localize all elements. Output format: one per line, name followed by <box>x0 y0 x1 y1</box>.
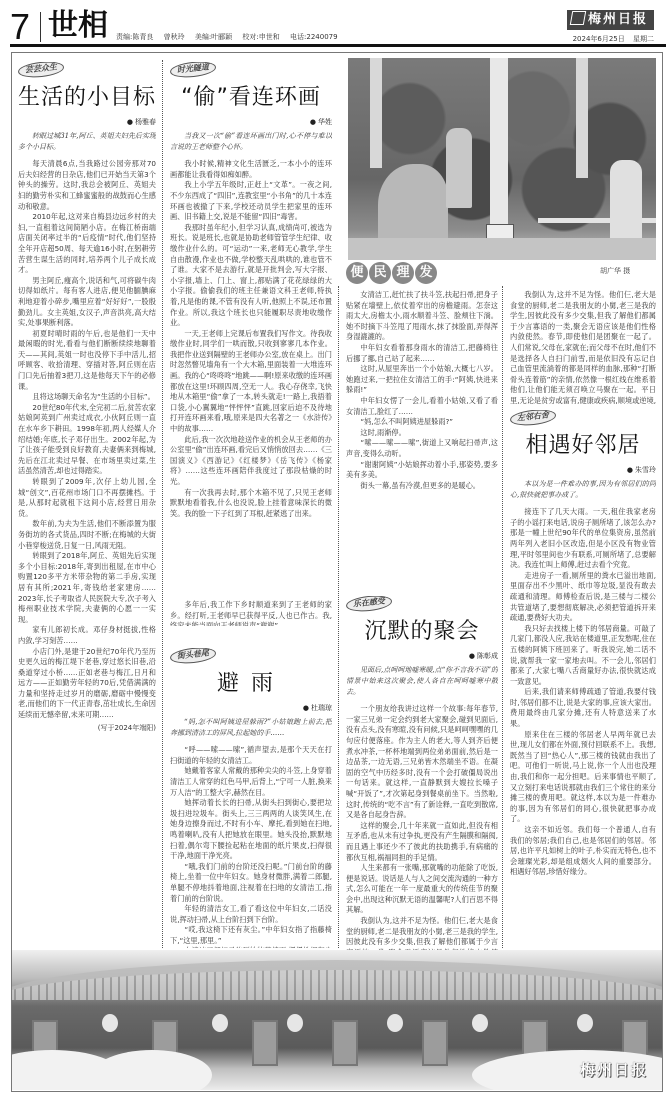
article-small-goals: 芸芸众生 生活的小目标 杨雅春 转眼过城31年,阿丘、英姐夫妇先后实现多个小目标… <box>18 62 156 950</box>
column-tag: 街头巷尾 <box>170 648 217 665</box>
paragraph: “谢谢阿姨”小姑娘挥动着小手,那姿势,要多美有多美。 <box>346 460 498 481</box>
paragraph: 这时,从屋里奔出一个小姑娘,大概七八岁。她跑过来,一把拉住女清洁工的手:“阿姨,… <box>346 364 498 396</box>
column-tag: 时光隧道 <box>170 62 217 79</box>
paragraph: 且将这场聊天命名为“生活的小目标”。 <box>18 392 156 403</box>
photo-street-barber <box>348 58 656 260</box>
paper-name: 梅州日报 <box>588 12 648 27</box>
article-byline: 华姓 <box>170 117 332 128</box>
credit-proofreader: 校对:申世和 <box>242 33 279 41</box>
paragraph: 街头一幕,虽有冷漠,但更多的是暖心。 <box>346 481 498 492</box>
article-headline: “偷”看连环画 <box>170 83 332 113</box>
paragraph: 女清洁工,赶忙扶了扶斗笠,扶起扫帚,把身子贴紧在墙壁上,依仗着窄出的房檐避雨。怎… <box>346 290 498 343</box>
column-tag: 乐在感受 <box>346 596 393 613</box>
article-headline: 沉默的聚会 <box>346 617 498 647</box>
paragraph: “哎,我这椅下还有灰尘。”中年妇女指了指藤椅下,“这里,那里。” <box>170 925 332 946</box>
paragraph: 年轻的清洁女工,看了看这位中年妇女,二话没说,挥动扫帚,从上台阶扫到下台阶。 <box>170 904 332 925</box>
issue-date: 2024年6月25日 <box>573 35 625 43</box>
lantern-icon <box>102 1014 118 1032</box>
paragraph: 接连下了几天大雨。一天,租住我家老房子的小谣打来电话,说房子厕所堵了,该怎么办?… <box>510 507 656 571</box>
lantern-icon <box>577 1014 593 1032</box>
paragraph: 2010年起,这对来自梅县边远乡村的夫妇,一直租着这间简陋小店。在梅江桥南端店面… <box>18 212 156 276</box>
photo-tree-trunk <box>576 58 588 178</box>
photo-column-tag: 便民理发 <box>346 262 437 284</box>
logo-book-icon <box>570 11 586 25</box>
paragraph: 我倒认为,这并不足为怪。他们仨,老大是食堂的厨师,老二是我朋友的小舅,老三是我的… <box>346 916 498 950</box>
paragraph: 小店门外,是建于20世纪70年代乃至历史更久远的梅江堤下老巷,穿过悠长旧巷,沿桑… <box>18 647 156 721</box>
paragraph: 女清洁工把扫帚伸到她的藤椅下,慢慢地把灰尘一点一点地扫出来。 <box>170 946 332 948</box>
paragraph: 家有儿郎初长成。邓仔身材挺拔,性格内敛,学习刻苦…… <box>18 625 156 646</box>
article-good-neighbors: 左邻右舍 相遇好邻居 朱雪玲 本以为是一件难办的事,因为有邻居们的同心,很快就把… <box>510 410 656 950</box>
paragraph: 我倒认为,这并不足为怪。他们仨,老大是食堂的厨师,老二是我朋友的小舅,老三是我的… <box>510 290 656 406</box>
paragraph: “呼——嗦——嗦”,循声望去,是那个天天在打扫街道的年轻的女清洁工。 <box>170 745 332 766</box>
paragraph: 后来,我们请来师傅疏通了管道,我要付钱时,邻居们都不让,说是大家的事,应该大家出… <box>510 687 656 729</box>
paragraph: 她挥动着长长的扫帚,从街头扫到街心,要把垃圾扫进垃圾车。街头上,三三两两的人谈笑… <box>170 798 332 862</box>
dateline: 2024年6月25日 星期二 <box>567 34 654 44</box>
credit-editor: 责编:陈青良 <box>116 33 153 41</box>
article-lead: 当我又一次“偷”看连环画出门时,心不停与难以言说的王老师整个心怀。 <box>170 131 332 153</box>
article-lead: 见面后,点呵呵地嘘寒暖,点“你不言我不语”的情景中始来这次聚会,使人各自在呵呵嘘… <box>346 665 498 698</box>
column-tag: 左邻右舍 <box>510 410 557 427</box>
paragraph: 原来住在三楼的邻居老人早两年就已去世,现儿女们都在外面,预付回联系不上。我想,既… <box>510 730 656 825</box>
issue-weekday: 星期二 <box>633 35 654 43</box>
paragraph: 多年后,我工作下乡时顺道来到了王老师的家乡。经打听,王老师早已获得平反,人也已作… <box>170 600 332 626</box>
page-divider <box>40 12 41 42</box>
lantern-icon <box>212 1014 228 1032</box>
paragraph: 我那时虽年纪小,但学习认真,成绩尚可,被选为班长。说是班长,也就是协助老师管管学… <box>170 223 332 329</box>
photo-tag-char: 理 <box>392 262 414 284</box>
lantern-icon <box>472 1014 488 1032</box>
photo-customer <box>378 164 448 246</box>
article-byline: 朱雪玲 <box>510 465 656 476</box>
article-lead: 转眼过城31年,阿丘、英姐夫妇先后实现多个小目标。 <box>18 131 156 153</box>
masthead-rule <box>10 44 666 47</box>
paragraph: 20世纪80年代末,全完初二后,贫苦农家姑娘阿英到广州卖过成衣,小伙阿丘则一直在… <box>18 403 156 477</box>
article-signoff: (写于2024年端阳) <box>18 723 156 734</box>
credit-editor-2: 曾秋玲 <box>164 33 185 41</box>
footer-cloud <box>92 1050 212 1090</box>
paragraph: 此后,我一次次地趁送作业的机会从王老师的办公室里“偷”出连环画,看完后又悄悄放回… <box>170 435 332 488</box>
paragraph: 转眼到了2009年,次仔上幼儿园,全城“创文”,百花州市场门口不再摆摊档。于是,… <box>18 477 156 519</box>
section-title: 世相 <box>48 8 108 44</box>
article-byline: 杜瑞琼 <box>170 703 332 714</box>
lantern-icon <box>287 1014 303 1032</box>
footer-door <box>252 1020 278 1066</box>
paragraph: 这时,雨渐停。 <box>346 428 498 439</box>
paragraph: 她戴着客家人常戴的那种尖尖的斗笠,上身穿着清洁工人常穿的红色马甲,后背上,“宁可… <box>170 766 332 798</box>
page-number: 7 <box>10 10 30 44</box>
footer-paper-logo: 梅州日报 <box>580 1059 648 1080</box>
article-byline: 杨雅春 <box>18 117 156 128</box>
paragraph: 有一次我再去时,那个木箱不见了,只见王老师默默地看着我,什么也没说,脸上挂着意味… <box>170 488 332 520</box>
photo-tag-char: 民 <box>369 262 391 284</box>
masthead: 7 世相 责编:陈青良 曾秋玲 美编:叶郦颖 校对:申世和 电话:2240079… <box>10 8 662 46</box>
article-shelter-rain: 街头巷尾 避雨 杜瑞琼 “妈,怎不叫阿姨进屋躲雨?”小姑娘跑上前去,把奔挪到清洁… <box>170 648 332 948</box>
article-headline: 相遇好邻居 <box>510 431 656 461</box>
column-separator <box>502 286 503 948</box>
column-separator <box>162 60 163 948</box>
footer-door <box>332 1020 358 1066</box>
photo-tree-trunk <box>370 58 382 168</box>
editorial-credits: 责编:陈青良 曾秋玲 美编:叶郦颖 校对:申世和 电话:2240079 <box>116 32 346 42</box>
photo-ground <box>348 238 656 260</box>
photo-tag-char: 发 <box>415 262 437 284</box>
article-comic-books: 时光隧道 “偷”看连环画 华姓 当我又一次“偷”看连环画出门时,心不停与难以言说… <box>170 62 332 622</box>
photo-credit: 胡广华 摄 <box>600 266 630 276</box>
footer-decorative-art: 梅州日报 <box>12 950 662 1090</box>
photo-pillar <box>490 58 508 228</box>
paragraph: 这样的聚会,几十年来就一直如此,但没有相互矛盾,也从未有过争执,更没有产生隔膜和… <box>346 821 498 863</box>
paragraph: 数年前,为夫为生活,他们不断添置为服务街坊的各式货品,四时不断;在梅城的大街小巷… <box>18 519 156 551</box>
article-headline: 避雨 <box>170 669 332 699</box>
paragraph: 我只好去找楼上楼下的邻居商量。可敲了几家门,都没人应,我站在楼道里,正发愁呢,住… <box>510 624 656 688</box>
paragraph: 这亲不如近邻。我们每一个普通人,自有我们的邻居;我们自己,也是邻居们的邻居。邻居… <box>510 825 656 878</box>
column-tag: 芸芸众生 <box>18 62 65 79</box>
lantern-icon <box>387 1014 403 1032</box>
paragraph: 每天清晨6点,当我路过公园旁那对70后夫妇经营的日杂店,他们已开始当天第3个钟头… <box>18 159 156 212</box>
shelter-rain-continued: 女清洁工,赶忙扶了扶斗笠,扶起扫帚,把身子贴紧在墙壁上,依仗着窄出的房檐避雨。怎… <box>346 290 498 560</box>
photo-barber <box>446 128 472 208</box>
paragraph: 一天,王老师上完课后布置我们写作文。待我收缴作业时,同学们一哄而散,只收到寥寥几… <box>170 329 332 435</box>
paragraph: “妈,怎么不叫阿姨进屋躲雨?” <box>346 417 498 428</box>
article-headline: 生活的小目标 <box>18 83 156 113</box>
article-lead: 本以为是一件难办的事,因为有邻居们的同心,很快就把事办成了。 <box>510 479 656 501</box>
photo-tag-char: 便 <box>346 262 368 284</box>
credit-designer: 美编:叶郦颖 <box>195 33 232 41</box>
paragraph: 中年妇女看着那身雨水的清洁工,把藤椅往后挪了挪,自己站了起来…… <box>346 343 498 364</box>
column-separator <box>338 286 339 948</box>
paragraph: “嗦——嗦——嗦”,街道上又响起扫帚声,这声音,变得么动听。 <box>346 438 498 459</box>
comic-books-ending: 多年后,我工作下乡时顺道来到了王老师的家乡。经打听,王老师早已获得平反,人也已作… <box>170 600 332 626</box>
silent-gathering-continued: 我倒认为,这并不足为怪。他们仨,老大是食堂的厨师,老二是我朋友的小舅,老三是我的… <box>510 290 656 406</box>
footer-door <box>422 1020 448 1066</box>
paragraph: 人生来都有一张嘴,那就嘴的功能除了吃饭,便是说话。说话是人与人之间交流沟通的一种… <box>346 863 498 916</box>
article-byline: 陈彰成 <box>346 651 498 662</box>
paragraph: 一个朋友给我讲过这样一个故事:每年春节,一家三兄弟一定会约到老大家聚会,碰到见面… <box>346 704 498 821</box>
paragraph: 我小时候,精神文化生活匮乏,一本小小的连环画都能让我看得如痴如醉。 <box>170 159 332 180</box>
paragraph: 走进房子一看,厕所里的粪水已溢出地面,里面存出不少黑叶、纸巾等垃圾,显没有敢去疏… <box>510 571 656 624</box>
article-silent-gathering: 乐在感受 沉默的聚会 陈彰成 见面后,点呵呵地嘘寒暖,点“你不言我不语”的情景中… <box>346 596 498 950</box>
credit-phone: 电话:2240079 <box>290 33 338 41</box>
paragraph: 转眼到了2018年,阿丘、英姐先后实现多个小目标:2018年,寄到出租屋,在市中… <box>18 551 156 625</box>
paragraph: 我上小学五年级时,正赶上“文革”。一夜之间,不少东西成了“四旧”,连教室里“小书… <box>170 180 332 222</box>
paragraph: “哦,我们门前的台阶还没扫呢。”门前台阶的藤椅上,坐着一位中年妇女。她身材微胖,… <box>170 862 332 904</box>
footer-eave <box>12 960 662 1000</box>
paragraph: 初夏时晴时雨的午后,也是他们一天中最闲暇的时光,看看与他们断断续续地聊着天——其… <box>18 329 156 393</box>
paragraph: 男主阿丘,瘦高个,说话和气,可将碳牛肉切得如纸片。每有客人进店,便见他腼腆麻利地… <box>18 276 156 329</box>
article-lead: “妈,怎不叫阿姨进屋躲雨?”小姑娘跑上前去,把奔挪到清洁工的屏风,拉起她的手…… <box>170 717 332 739</box>
paper-logo: 梅州日报 <box>567 10 654 30</box>
paragraph: 中年妇女愣了一会儿,看着小姑娘,又看了看女清洁工,脸红了…… <box>346 396 498 417</box>
